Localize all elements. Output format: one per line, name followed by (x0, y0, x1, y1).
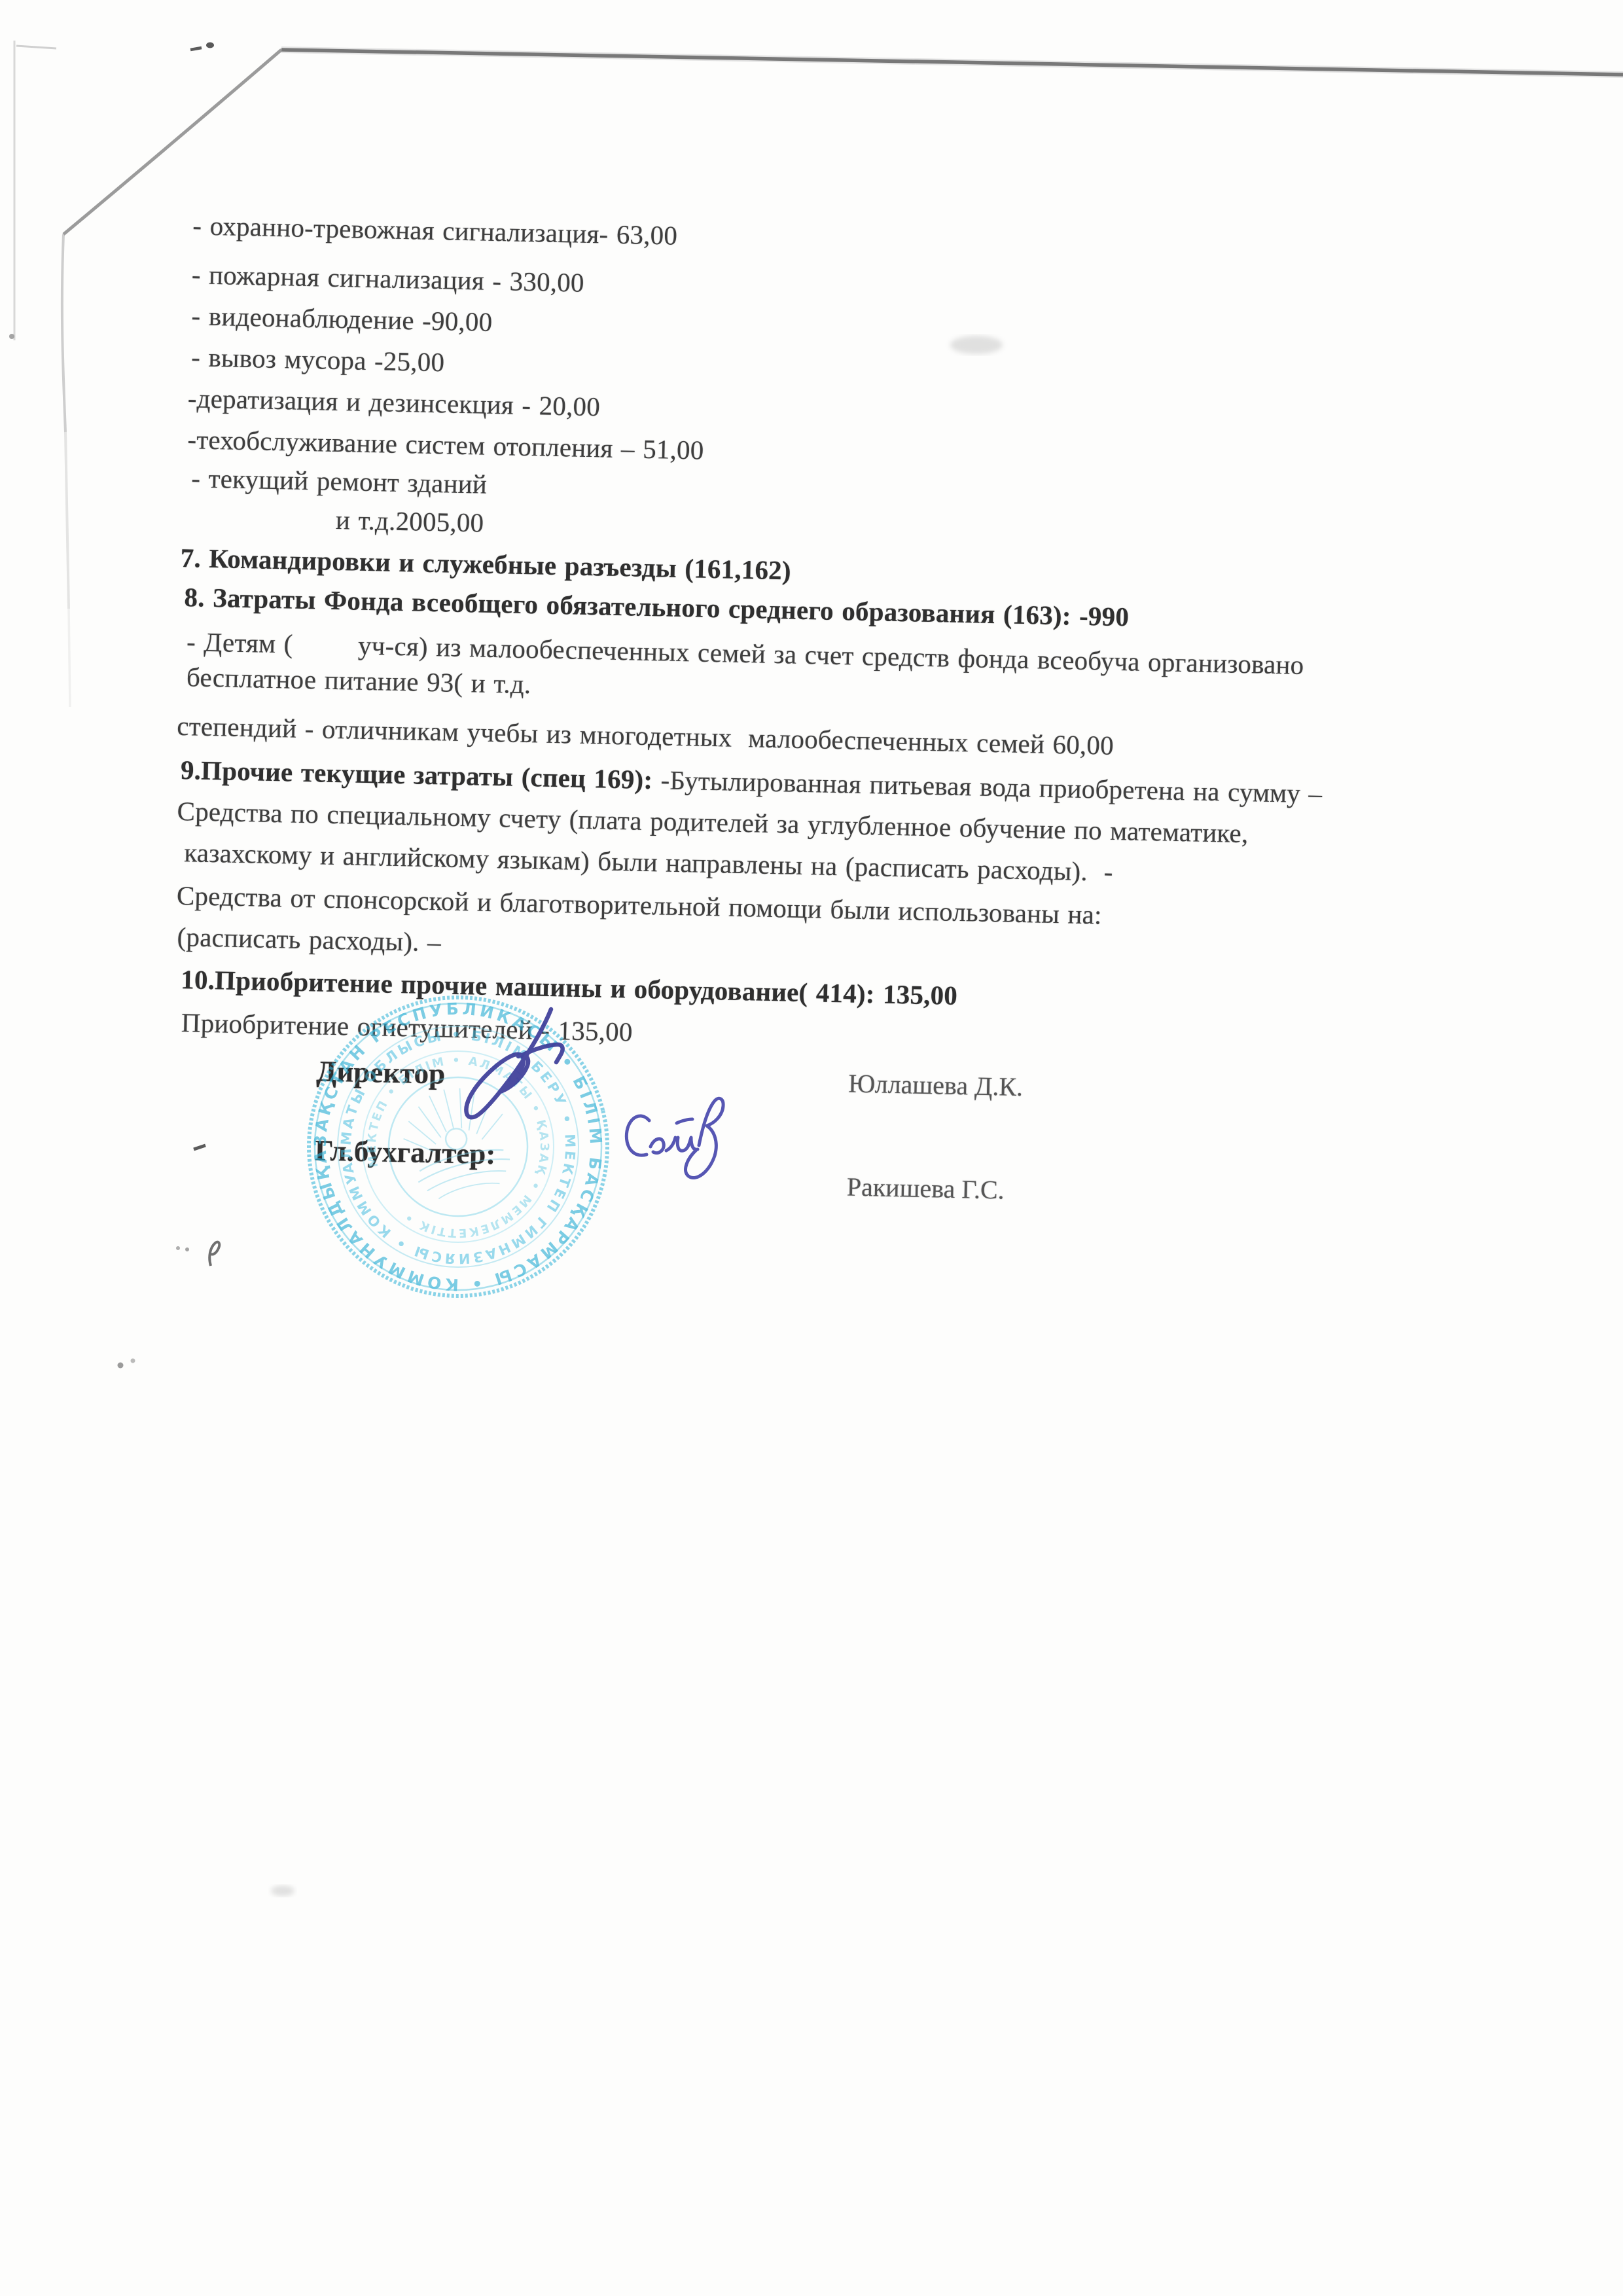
expense-line: -дератизация и дезинсекция - 20,00 (187, 381, 600, 423)
pen-dot-mark (206, 43, 214, 48)
expense-line: -техобслуживание систем отопления – 51,0… (187, 422, 704, 467)
line-text: и т.д.2005,00 (336, 505, 484, 538)
line-text: степендий - отличникам учебы из многодет… (177, 711, 1114, 761)
page-fold-diagonal-line (63, 50, 281, 234)
pencil-dot-2 (185, 1247, 189, 1251)
section-heading-8: 8. Затраты Фонда всеобщего обязательного… (184, 580, 1130, 634)
line-text: (расписать расходы). – (177, 922, 441, 957)
accountant-name: Ракишева Г.С. (846, 1172, 1005, 1206)
body-line: (расписать расходы). – (177, 920, 441, 959)
line-text: - охранно-тревожная сигнализация- 63,00 (192, 210, 678, 251)
line-text: казахскому и английскому языкам) были на… (184, 837, 1113, 887)
director-name: Юллашева Д.К. (848, 1068, 1024, 1103)
expense-line: - вывоз мусора -25,00 (191, 340, 445, 379)
body-line: степендий - отличникам учебы из многодет… (177, 709, 1114, 762)
margin-dot (9, 334, 14, 339)
line-text: -дератизация и дезинсекция - 20,00 (187, 383, 600, 422)
pen-dash-mark (190, 48, 202, 50)
heading-text: 8. Затраты Фонда всеобщего обязательного… (184, 582, 1129, 632)
heading-text: 9.Прочие текущие затраты (спец 169): (181, 755, 662, 795)
line-text: -техобслуживание систем отопления – 51,0… (187, 424, 704, 465)
line-text: - видеонаблюдение -90,00 (191, 300, 493, 337)
section-heading-7: 7. Командировки и служебные разъезды (16… (180, 541, 791, 588)
line-text: -Бутылированная питьевая вода приобретен… (660, 764, 1323, 808)
pencil-dot-1 (176, 1246, 180, 1250)
stamp-emblem (395, 1077, 519, 1204)
speck-smudge-bottom (271, 1886, 294, 1896)
scanner-margin-tick (16, 46, 56, 48)
expense-line: - видеонаблюдение -90,00 (191, 298, 493, 339)
heading-text: 7. Командировки и служебные разъезды (16… (180, 543, 791, 586)
pencil-squiggle-mark (209, 1242, 219, 1266)
page-left-edge-upper (62, 234, 65, 432)
expense-line: - охранно-тревожная сигнализация- 63,00 (192, 208, 678, 253)
line-text: - пожарная сигнализация - 330,00 (191, 259, 584, 298)
official-round-stamp: ҚАЗАҚСТАН РЕСПУБЛИКАСЫ • БІЛІМ БАСҚАРМАС… (301, 990, 615, 1304)
expense-line: - текущий ремонт зданий (191, 461, 488, 501)
page-left-edge-lower (69, 609, 70, 707)
speck-dot-2 (131, 1359, 135, 1363)
line-text: - вывоз мусора -25,00 (191, 342, 445, 377)
page-top-edge-line (281, 50, 1623, 75)
speck-dot-1 (118, 1363, 124, 1369)
line-text: - текущий ремонт зданий (191, 463, 488, 499)
line-text: бесплатное питание 93( и т.д. (187, 662, 531, 699)
page-left-edge-mid (65, 432, 69, 609)
expense-line: - пожарная сигнализация - 330,00 (191, 257, 584, 300)
body-line: бесплатное питание 93( и т.д. (186, 660, 531, 701)
page-top-edge-halo (281, 50, 1623, 75)
expense-line-continuation: и т.д.2005,00 (336, 503, 484, 540)
